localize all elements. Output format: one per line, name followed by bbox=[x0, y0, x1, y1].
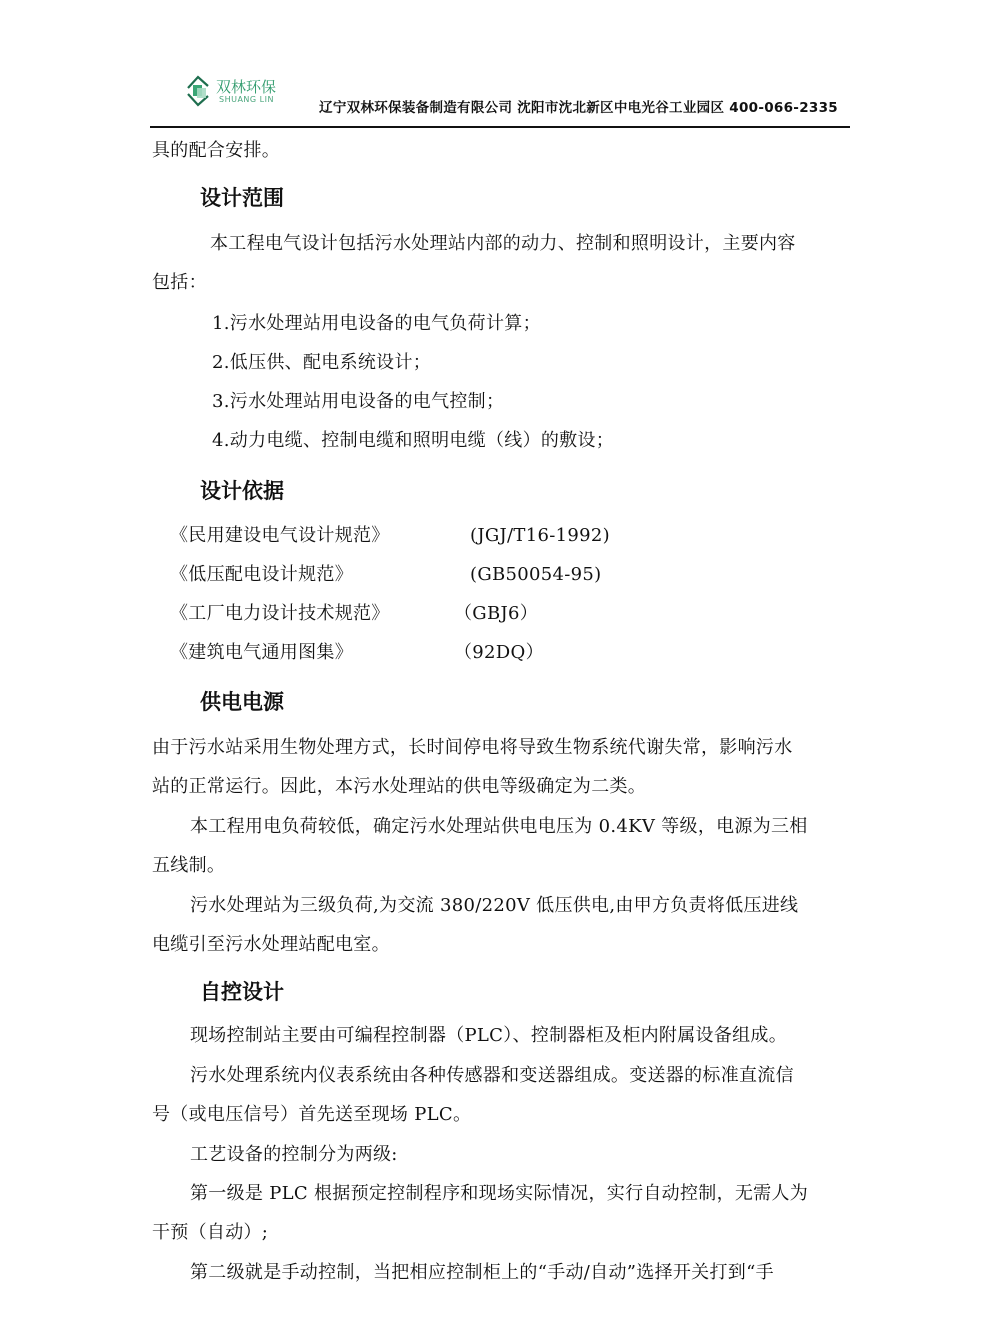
scope-intro-line2: 包括： bbox=[152, 271, 207, 295]
page-header: 双林环保 SHUANG LIN 辽宁双林环保装备制造有限公司 沈阳市沈北新区中电… bbox=[150, 64, 850, 128]
power-p1-line2: 站的正常运行。因此，本污水处理站的供电等级确定为二类。 bbox=[152, 775, 646, 799]
reference-title: 《工厂电力设计技术规范》 bbox=[170, 602, 390, 626]
company-logo: 双林环保 SHUANG LIN bbox=[184, 72, 284, 112]
scope-item-3: 3.污水处理站用电设备的电气控制； bbox=[212, 390, 504, 414]
control-p2-line2: 号（或电压信号）首先送至现场 PLC。 bbox=[152, 1103, 471, 1127]
carryover-text: 具的配合安排。 bbox=[152, 139, 280, 163]
power-p3-line1: 污水处理站为三级负荷,为交流 380/220V 低压供电,由甲方负责将低压进线 bbox=[190, 894, 798, 918]
heading-basis: 设计依据 bbox=[200, 477, 284, 505]
scope-item-4: 4.动力电缆、控制电缆和照明电缆（线）的敷设； bbox=[212, 429, 614, 453]
reference-title: 《民用建设电气设计规范》 bbox=[170, 524, 390, 548]
scope-intro-line1: 本工程电气设计包括污水处理站内部的动力、控制和照明设计，主要内容 bbox=[210, 232, 796, 256]
control-p1: 现场控制站主要由可编程控制器（PLC）、控制器柜及柜内附属设备组成。 bbox=[190, 1024, 787, 1048]
reference-code: (GB50054-95) bbox=[470, 563, 602, 587]
heading-power: 供电电源 bbox=[200, 688, 284, 716]
power-p2-line2: 五线制。 bbox=[152, 854, 225, 878]
scope-item-2: 2.低压供、配电系统设计； bbox=[212, 351, 431, 375]
control-p4-line1: 第一级是 PLC 根据预定控制程序和现场实际情况，实行自动控制，无需人为 bbox=[190, 1182, 808, 1206]
logo-diamond-icon bbox=[184, 72, 218, 110]
reference-code: (JGJ/T16-1992) bbox=[470, 524, 610, 548]
company-info: 辽宁双林环保装备制造有限公司 沈阳市沈北新区中电光谷工业园区 400-066-2… bbox=[319, 96, 838, 116]
reference-title: 《建筑电气通用图集》 bbox=[170, 641, 353, 665]
control-p3: 工艺设备的控制分为两级: bbox=[190, 1143, 398, 1167]
control-p4-line2: 干预（自动）; bbox=[152, 1221, 268, 1245]
power-p2-line1: 本工程用电负荷较低，确定污水处理站供电电压为 0.4KV 等级，电源为三相 bbox=[190, 815, 808, 839]
power-p3-line2: 电缆引至污水处理站配电室。 bbox=[152, 933, 390, 957]
logo-name-cn: 双林环保 bbox=[216, 76, 276, 97]
logo-name-en: SHUANG LIN bbox=[219, 95, 274, 104]
reference-code: （GBJ6） bbox=[454, 602, 538, 626]
reference-title: 《低压配电设计规范》 bbox=[170, 563, 353, 587]
heading-control: 自控设计 bbox=[200, 978, 284, 1006]
scope-item-1: 1.污水处理站用电设备的电气负荷计算； bbox=[212, 312, 541, 336]
reference-code: （92DQ） bbox=[454, 641, 544, 665]
power-p1-line1: 由于污水站采用生物处理方式，长时间停电将导致生物系统代谢失常，影响污水 bbox=[152, 736, 793, 760]
header-divider bbox=[150, 126, 850, 128]
heading-scope: 设计范围 bbox=[200, 184, 284, 212]
control-p2-line1: 污水处理系统内仪表系统由各种传感器和变送器组成。变送器的标准直流信 bbox=[190, 1064, 794, 1088]
control-p5-line1: 第二级就是手动控制，当把相应控制柜上的“手动/自动”选择开关打到“手 bbox=[190, 1261, 774, 1285]
